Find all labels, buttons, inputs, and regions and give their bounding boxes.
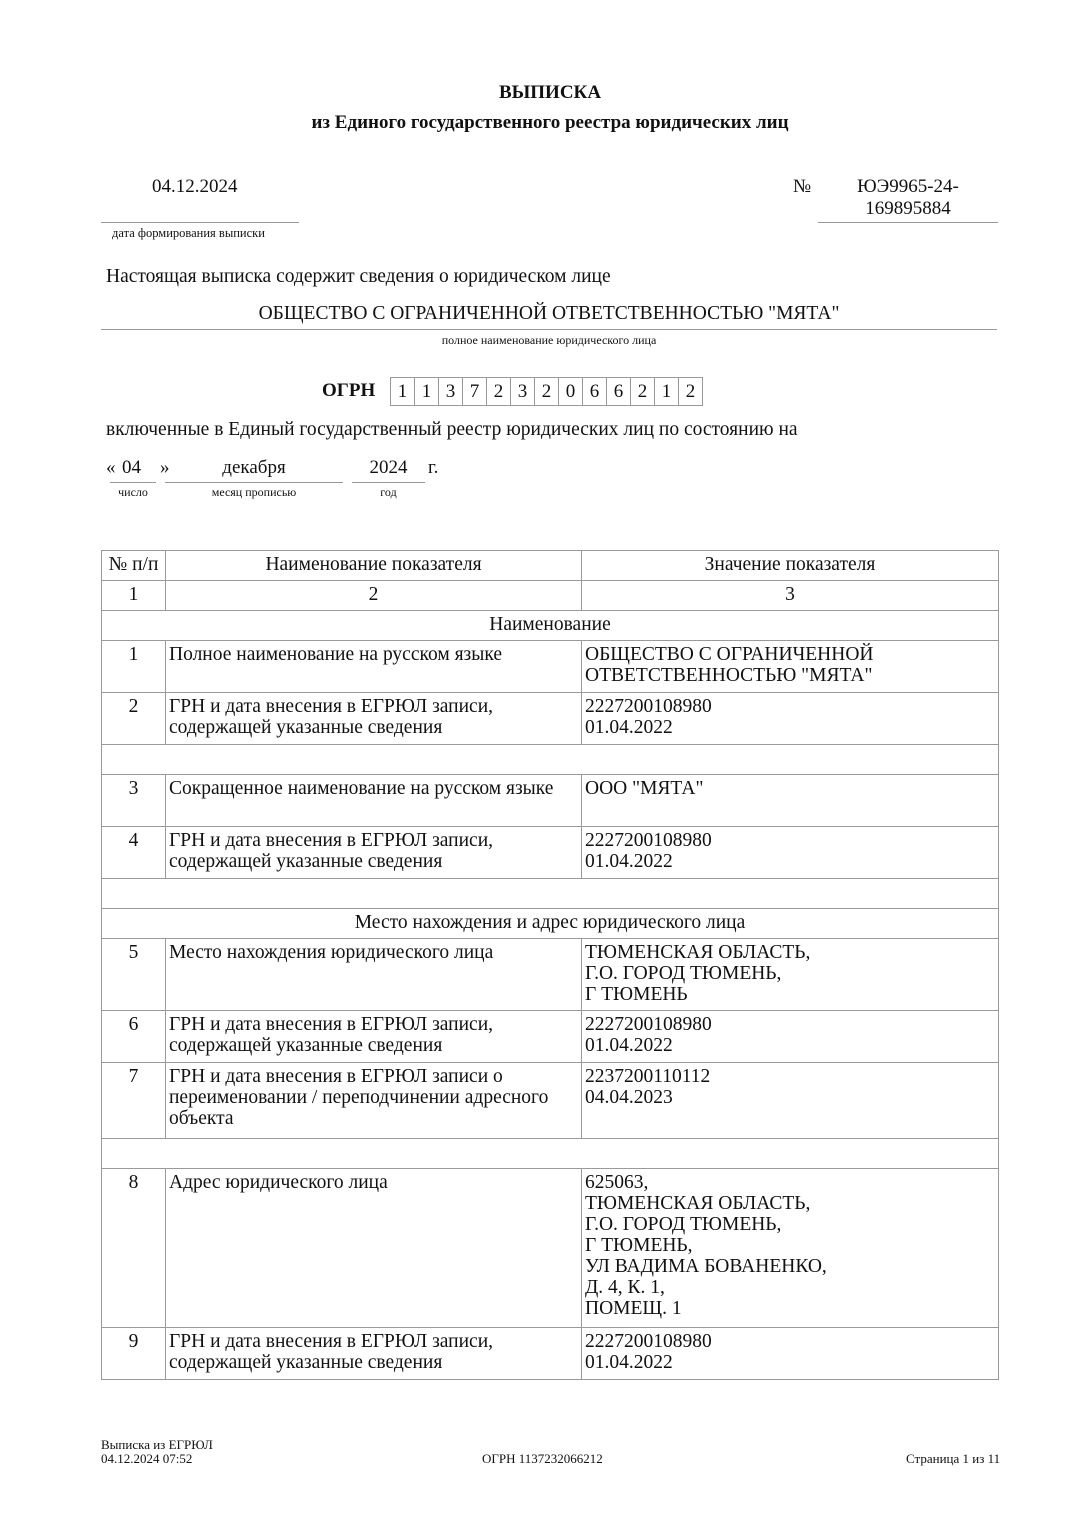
value-line: Д. 4, К. 1, bbox=[585, 1277, 995, 1298]
extract-date-underline bbox=[101, 222, 299, 223]
column-number-row: 1 2 3 bbox=[102, 581, 999, 611]
spacer-cell bbox=[102, 1139, 999, 1169]
value-line: ТЮМЕНСКАЯ ОБЛАСТЬ, bbox=[585, 1193, 995, 1214]
footer-left: Выписка из ЕГРЮЛ 04.12.2024 07:52 bbox=[101, 1438, 213, 1466]
table-row: 7 ГРН и дата внесения в ЕГРЮЛ записи о п… bbox=[102, 1063, 999, 1139]
footer-ogrn: ОГРН 1137232066212 bbox=[482, 1452, 603, 1466]
row-name: ГРН и дата внесения в ЕГРЮЛ записи, соде… bbox=[166, 827, 582, 879]
section-title: Место нахождения и адрес юридического ли… bbox=[102, 909, 999, 939]
day-underline bbox=[110, 482, 156, 483]
row-num: 9 bbox=[102, 1328, 166, 1380]
extract-number-line2: 169895884 bbox=[818, 198, 998, 220]
row-name: Полное наименование на русском языке bbox=[166, 641, 582, 693]
extract-date: 04.12.2024 bbox=[152, 176, 238, 198]
state-date-year: 2024 bbox=[352, 457, 425, 479]
ogrn-digit: 2 bbox=[486, 377, 511, 406]
spacer-cell bbox=[102, 745, 999, 775]
value-line: ООО "МЯТА" bbox=[585, 778, 995, 799]
table-row: 4 ГРН и дата внесения в ЕГРЮЛ записи, со… bbox=[102, 827, 999, 879]
row-value: 625063, ТЮМЕНСКАЯ ОБЛАСТЬ, Г.О. ГОРОД ТЮ… bbox=[582, 1169, 999, 1328]
value-line: 01.04.2022 bbox=[585, 851, 995, 872]
row-num: 3 bbox=[102, 775, 166, 827]
year-underline bbox=[352, 482, 425, 483]
row-name: Адрес юридического лица bbox=[166, 1169, 582, 1328]
table-header-row: № п/п Наименование показателя Значение п… bbox=[102, 551, 999, 581]
extract-number: ЮЭ9965-24- 169895884 bbox=[818, 176, 998, 220]
header-name: Наименование показателя bbox=[166, 551, 582, 581]
value-line: 2237200110112 bbox=[585, 1066, 995, 1087]
ogrn-digit: 7 bbox=[462, 377, 487, 406]
row-value: ТЮМЕНСКАЯ ОБЛАСТЬ, Г.О. ГОРОД ТЮМЕНЬ, Г … bbox=[582, 939, 999, 1011]
ogrn-digit: 6 bbox=[606, 377, 631, 406]
ogrn-label: ОГРН bbox=[322, 380, 375, 402]
included-text: включенные в Единый государственный реес… bbox=[106, 419, 798, 441]
month-caption: месяц прописью bbox=[165, 485, 343, 500]
row-num: 7 bbox=[102, 1063, 166, 1139]
row-value: 2227200108980 01.04.2022 bbox=[582, 693, 999, 745]
extract-number-line1: ЮЭ9965-24- bbox=[818, 176, 998, 198]
row-value: ОБЩЕСТВО С ОГРАНИЧЕННОЙ ОТВЕТСТВЕННОСТЬЮ… bbox=[582, 641, 999, 693]
table-row: 9 ГРН и дата внесения в ЕГРЮЛ записи, со… bbox=[102, 1328, 999, 1380]
day-caption: число bbox=[110, 485, 156, 500]
footer-page-number: Страница 1 из 11 bbox=[906, 1452, 1000, 1466]
column-number: 3 bbox=[582, 581, 999, 611]
ogrn-digit: 3 bbox=[510, 377, 535, 406]
row-value: 2227200108980 01.04.2022 bbox=[582, 827, 999, 879]
value-line: ТЮМЕНСКАЯ ОБЛАСТЬ, bbox=[585, 942, 995, 963]
spacer-cell bbox=[102, 879, 999, 909]
row-value: 2227200108980 01.04.2022 bbox=[582, 1011, 999, 1063]
ogrn-digit: 0 bbox=[558, 377, 583, 406]
intro-text: Настоящая выписка содержит сведения о юр… bbox=[106, 266, 611, 288]
organization-name-underline bbox=[101, 329, 997, 330]
state-date-day: 04 bbox=[122, 457, 141, 479]
ogrn-digit: 3 bbox=[438, 377, 463, 406]
section-header-row: Наименование bbox=[102, 611, 999, 641]
table-row: 2 ГРН и дата внесения в ЕГРЮЛ записи, со… bbox=[102, 693, 999, 745]
table-row: 5 Место нахождения юридического лица ТЮМ… bbox=[102, 939, 999, 1011]
ogrn-digit: 2 bbox=[534, 377, 559, 406]
month-underline bbox=[165, 482, 343, 483]
value-line: 01.04.2022 bbox=[585, 1035, 995, 1056]
value-line: 2227200108980 bbox=[585, 830, 995, 851]
row-name: ГРН и дата внесения в ЕГРЮЛ записи, соде… bbox=[166, 693, 582, 745]
row-value: 2237200110112 04.04.2023 bbox=[582, 1063, 999, 1139]
state-date-month: декабря bbox=[165, 457, 343, 479]
row-name: Место нахождения юридического лица bbox=[166, 939, 582, 1011]
ogrn-digit-boxes: 1 1 3 7 2 3 2 0 6 6 2 1 2 bbox=[391, 377, 703, 406]
row-name: ГРН и дата внесения в ЕГРЮЛ записи о пер… bbox=[166, 1063, 582, 1139]
value-line: 625063, bbox=[585, 1172, 995, 1193]
row-name: ГРН и дата внесения в ЕГРЮЛ записи, соде… bbox=[166, 1011, 582, 1063]
state-date-year-suffix: г. bbox=[428, 457, 438, 479]
row-num: 1 bbox=[102, 641, 166, 693]
ogrn-digit: 6 bbox=[582, 377, 607, 406]
spacer-row bbox=[102, 879, 999, 909]
row-num: 5 bbox=[102, 939, 166, 1011]
row-value: 2227200108980 01.04.2022 bbox=[582, 1328, 999, 1380]
header-num: № п/п bbox=[102, 551, 166, 581]
extract-date-caption: дата формирования выписки bbox=[112, 226, 265, 241]
date-open-quote: « bbox=[106, 457, 116, 479]
organization-name-caption: полное наименование юридического лица bbox=[101, 333, 997, 348]
value-line: 2227200108980 bbox=[585, 696, 995, 717]
table-row: 6 ГРН и дата внесения в ЕГРЮЛ записи, со… bbox=[102, 1011, 999, 1063]
document-subtitle: из Единого государственного реестра юрид… bbox=[0, 112, 1074, 134]
ogrn-digit: 2 bbox=[630, 377, 655, 406]
value-line: 2227200108980 bbox=[585, 1014, 995, 1035]
value-line: Г ТЮМЕНЬ bbox=[585, 984, 995, 1005]
ogrn-digit: 1 bbox=[654, 377, 679, 406]
row-num: 8 bbox=[102, 1169, 166, 1328]
registry-table: № п/п Наименование показателя Значение п… bbox=[101, 550, 999, 1380]
value-line: УЛ ВАДИМА БОВАНЕНКО, bbox=[585, 1256, 995, 1277]
row-value: ООО "МЯТА" bbox=[582, 775, 999, 827]
row-num: 4 bbox=[102, 827, 166, 879]
value-line: 04.04.2023 bbox=[585, 1087, 995, 1108]
table-row: 1 Полное наименование на русском языке О… bbox=[102, 641, 999, 693]
value-line: 01.04.2022 bbox=[585, 1352, 995, 1373]
footer-timestamp: 04.12.2024 07:52 bbox=[101, 1452, 213, 1466]
value-line: ОТВЕТСТВЕННОСТЬЮ "МЯТА" bbox=[585, 665, 995, 686]
value-line: Г.О. ГОРОД ТЮМЕНЬ, bbox=[585, 963, 995, 984]
row-name: Сокращенное наименование на русском язык… bbox=[166, 775, 582, 827]
ogrn-digit: 2 bbox=[678, 377, 703, 406]
value-line: ПОМЕЩ. 1 bbox=[585, 1298, 995, 1319]
row-name: ГРН и дата внесения в ЕГРЮЛ записи, соде… bbox=[166, 1328, 582, 1380]
column-number: 2 bbox=[166, 581, 582, 611]
spacer-row bbox=[102, 1139, 999, 1169]
section-header-row: Место нахождения и адрес юридического ли… bbox=[102, 909, 999, 939]
ogrn-digit: 1 bbox=[414, 377, 439, 406]
value-line: Г ТЮМЕНЬ, bbox=[585, 1235, 995, 1256]
table-row: 3 Сокращенное наименование на русском яз… bbox=[102, 775, 999, 827]
footer-doc-name: Выписка из ЕГРЮЛ bbox=[101, 1438, 213, 1452]
year-caption: год bbox=[352, 485, 425, 500]
value-line: ОБЩЕСТВО С ОГРАНИЧЕННОЙ bbox=[585, 644, 995, 665]
document-title: ВЫПИСКА bbox=[0, 82, 1074, 104]
value-line: 01.04.2022 bbox=[585, 717, 995, 738]
ogrn-digit: 1 bbox=[390, 377, 415, 406]
spacer-row bbox=[102, 745, 999, 775]
column-number: 1 bbox=[102, 581, 166, 611]
header-value: Значение показателя bbox=[582, 551, 999, 581]
value-line: 2227200108980 bbox=[585, 1331, 995, 1352]
value-line: Г.О. ГОРОД ТЮМЕНЬ, bbox=[585, 1214, 995, 1235]
table-row: 8 Адрес юридического лица 625063, ТЮМЕНС… bbox=[102, 1169, 999, 1328]
organization-full-name: ОБЩЕСТВО С ОГРАНИЧЕННОЙ ОТВЕТСТВЕННОСТЬЮ… bbox=[101, 303, 997, 325]
row-num: 6 bbox=[102, 1011, 166, 1063]
extract-number-underline bbox=[818, 222, 998, 223]
section-title: Наименование bbox=[102, 611, 999, 641]
row-num: 2 bbox=[102, 693, 166, 745]
number-sign: № bbox=[793, 176, 811, 198]
